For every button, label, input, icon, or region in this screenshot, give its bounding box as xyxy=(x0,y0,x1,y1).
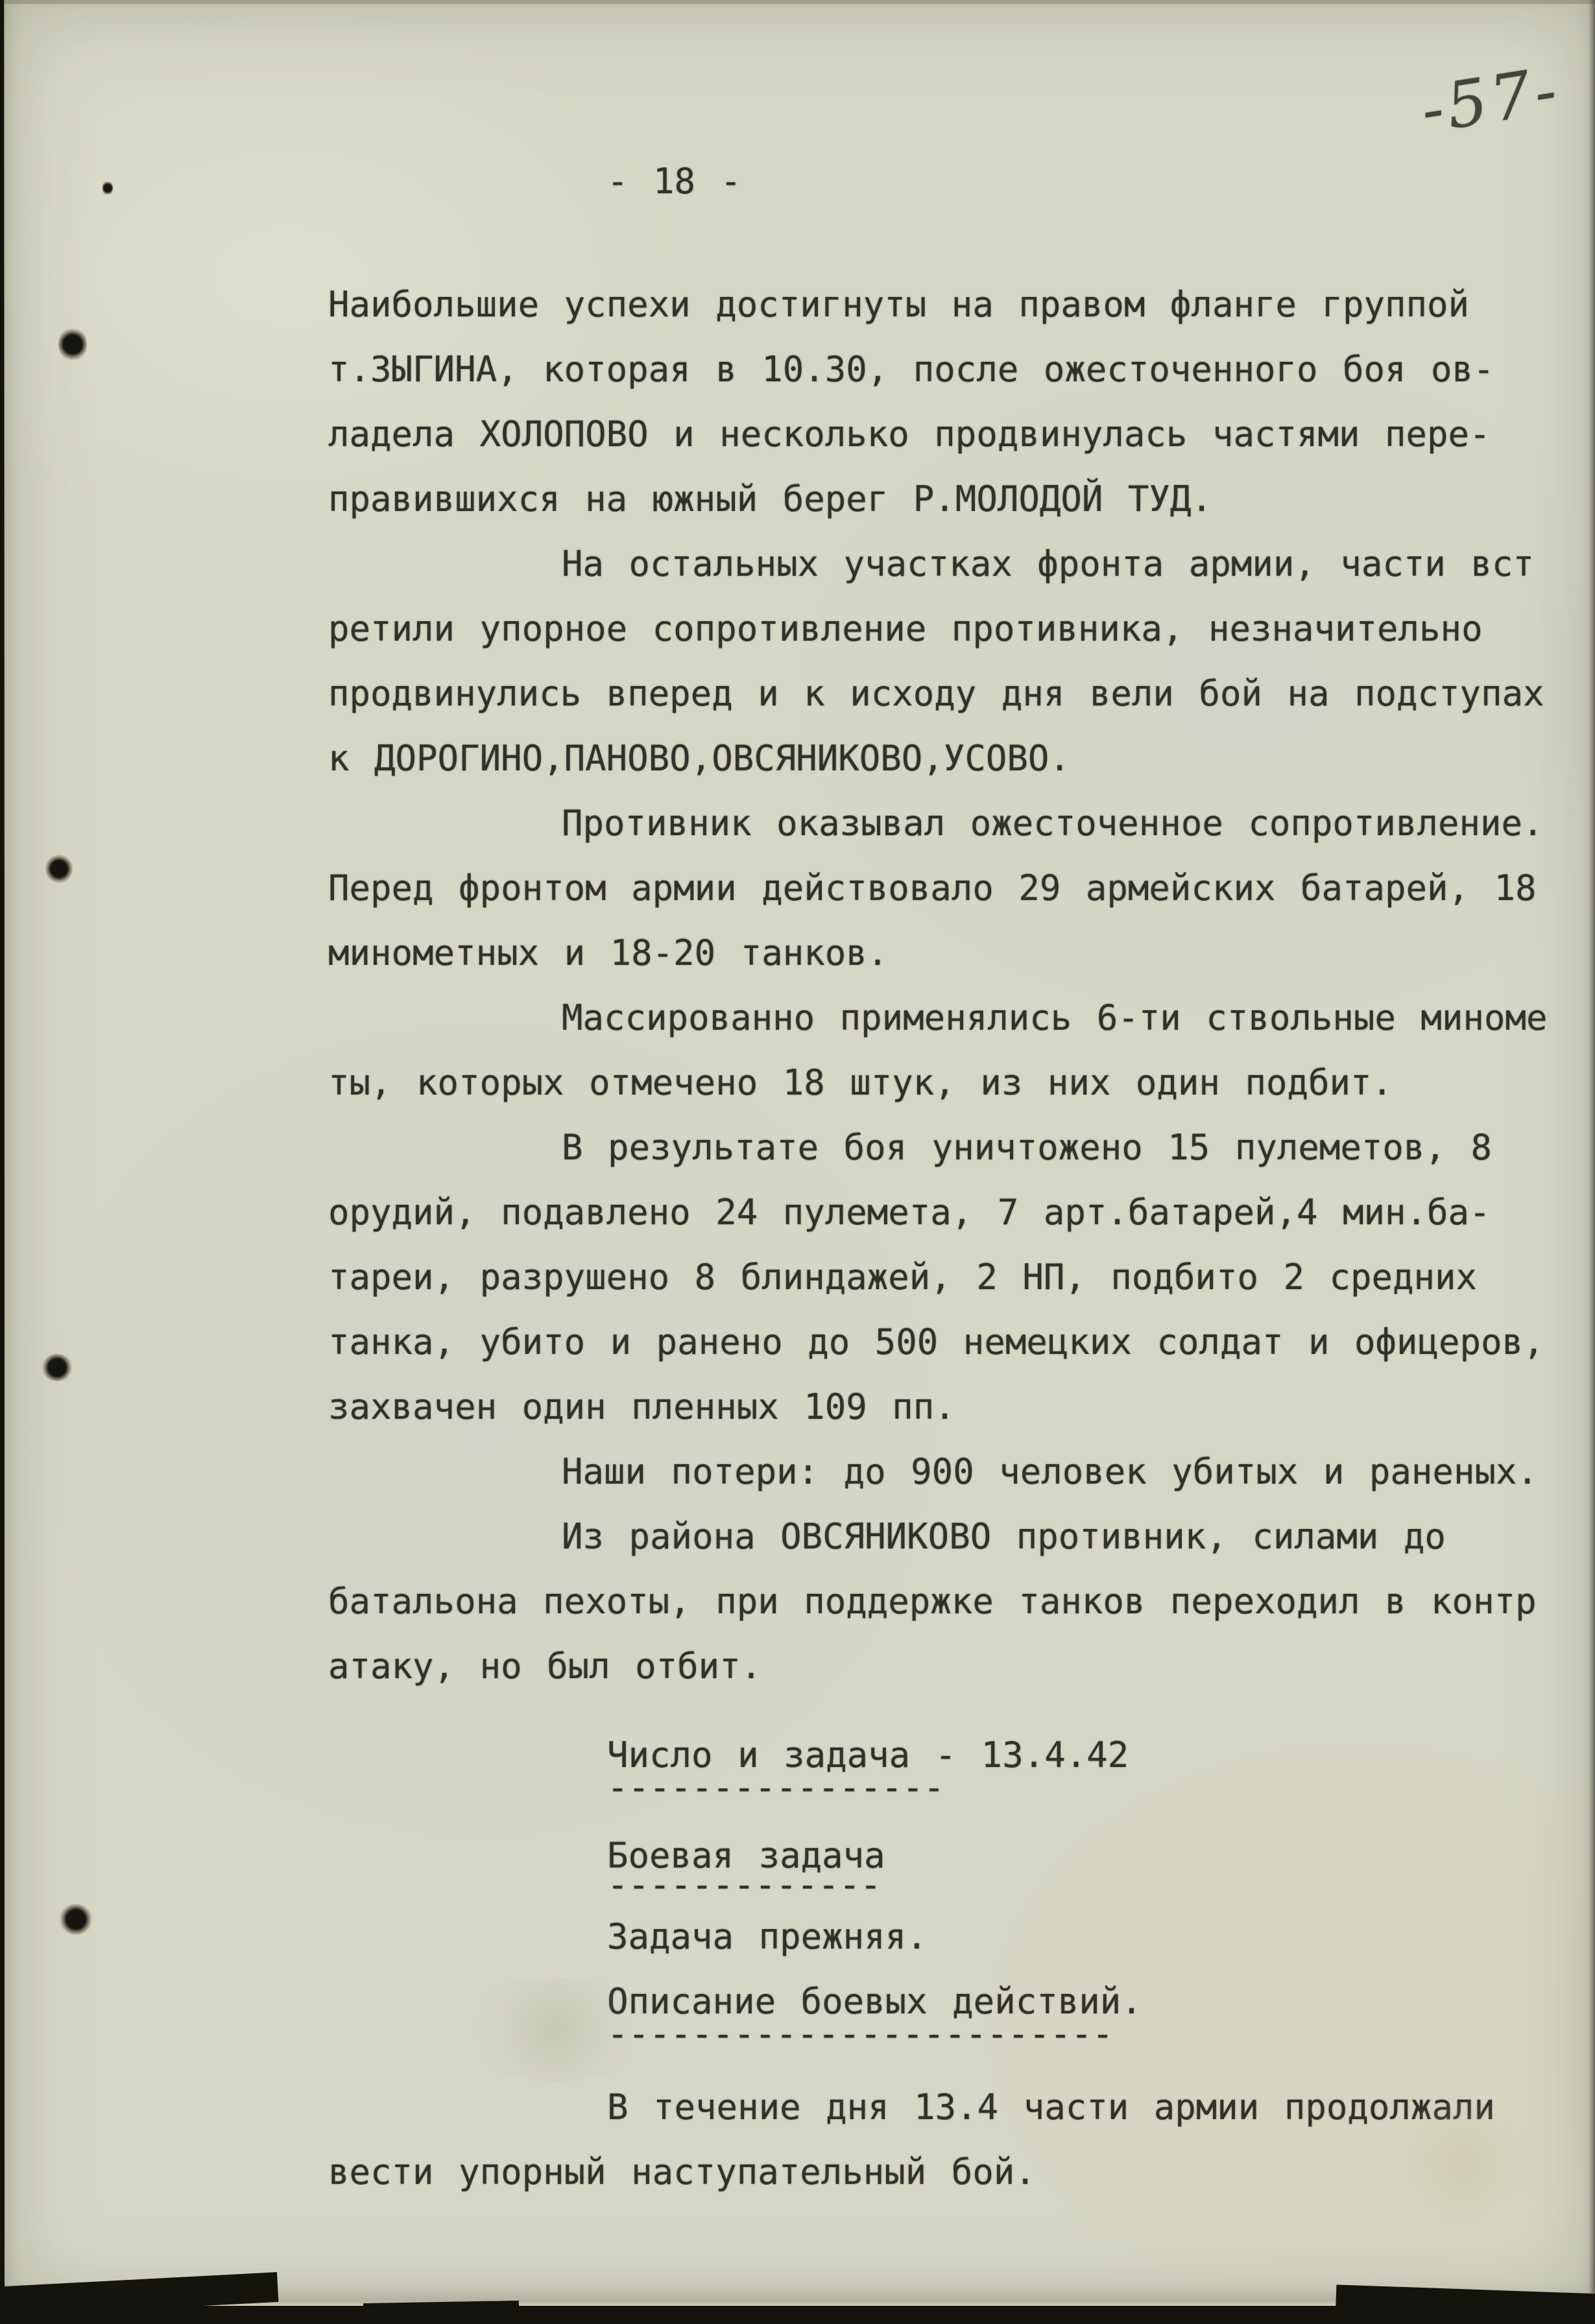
text-line: Наибольшие успехи достигнуты на правом ф… xyxy=(328,272,1595,337)
paper-hole xyxy=(45,855,73,883)
scan-edge-top xyxy=(4,0,1595,4)
text-line: продвинулись вперед и к исходу дня вели … xyxy=(328,661,1595,726)
text-line: Противник оказывал ожесточенное сопротив… xyxy=(328,791,1595,856)
text-line: Наши потери: до 900 человек убитых и ран… xyxy=(328,1440,1595,1504)
paper-hole xyxy=(58,327,87,361)
scan-edge-left xyxy=(0,0,5,2324)
handwritten-page-number: -57- xyxy=(1416,53,1565,148)
text-line: ты, которых отмечено 18 штук, из них оди… xyxy=(328,1050,1595,1115)
text-line: танка, убито и ранено до 500 немецких со… xyxy=(328,1310,1595,1375)
scan-edge-right xyxy=(1589,0,1595,2324)
typed-underline: ------------- xyxy=(607,1864,881,1906)
typed-underline: ------------------------ xyxy=(607,2013,1113,2055)
typed-underline: ---------------- xyxy=(607,1767,944,1808)
ink-speck xyxy=(102,180,113,196)
text-line: к ДОРОГИНО,ПАНОВО,ОВСЯНИКОВО,УСОВО. xyxy=(328,726,1595,791)
text-line: В результате боя уничтожено 15 пулеметов… xyxy=(328,1115,1595,1180)
text-line: т.ЗЫГИНА, которая в 10.30, после ожесточ… xyxy=(328,337,1595,402)
scan-edge-bottom xyxy=(0,2306,1595,2324)
text-line: ладела ХОЛОПОВО и несколько продвинулась… xyxy=(328,402,1595,467)
text-line: Массированно применялись 6-ти ствольные … xyxy=(328,986,1595,1050)
report-body: Наибольшие успехи достигнуты на правом ф… xyxy=(328,272,1595,1699)
paper-stain xyxy=(1379,2101,1548,2231)
text-line: батальона пехоты, при поддержке танков п… xyxy=(328,1569,1595,1634)
text-line: Перед фронтом армии действовало 29 армей… xyxy=(328,856,1595,921)
text-line: атаку, но был отбит. xyxy=(328,1634,1595,1699)
paper-sheet: - 18 - -57- Наибольшие успехи достигнуты… xyxy=(4,0,1595,2307)
text-line: Из района ОВСЯНИКОВО противник, силами д… xyxy=(328,1504,1595,1569)
text-line: ретили упорное сопротивление противника,… xyxy=(328,597,1595,661)
text-line: тареи, разрушено 8 блиндажей, 2 НП, подб… xyxy=(328,1245,1595,1310)
page-number: - 18 - xyxy=(607,161,776,202)
text-line: захвачен один пленных 109 пп. xyxy=(328,1375,1595,1440)
text-line: На остальных участках фронта армии, част… xyxy=(328,532,1595,597)
text-line: правившихся на южный берег Р.МОЛОДОЙ ТУД… xyxy=(328,467,1595,532)
paper-stain xyxy=(458,1978,653,2081)
section-text-task-unchanged: Задача прежняя. xyxy=(607,1916,928,1958)
text-line: орудий, подавлено 24 пулемета, 7 арт.бат… xyxy=(328,1180,1595,1245)
paper-hole xyxy=(60,1904,92,1935)
document-scan: - 18 - -57- Наибольшие успехи достигнуты… xyxy=(0,0,1595,2324)
paper-hole xyxy=(42,1354,73,1381)
text-line: минометных и 18-20 танков. xyxy=(328,921,1595,986)
